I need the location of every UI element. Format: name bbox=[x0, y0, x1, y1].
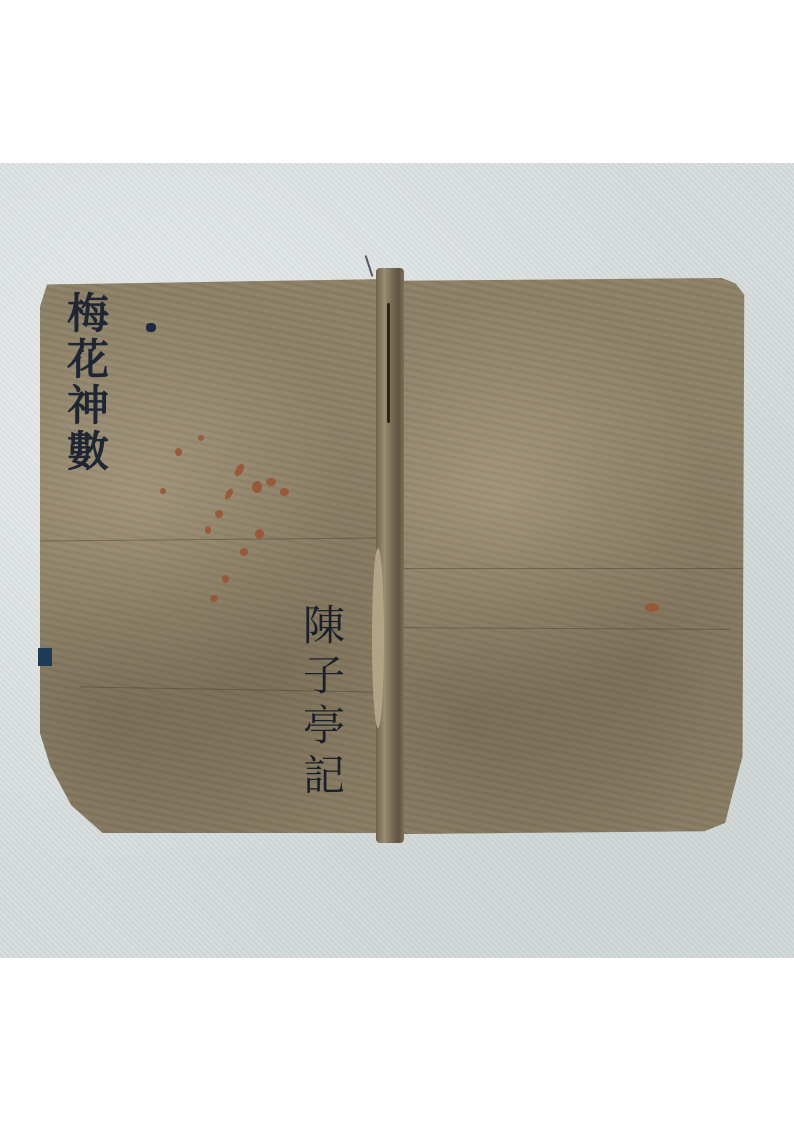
crease-line bbox=[400, 627, 730, 630]
stain-spot bbox=[240, 548, 248, 556]
author-inscription: 陳子亭記 bbox=[290, 603, 346, 803]
ink-spot bbox=[146, 323, 156, 332]
crease-line bbox=[40, 538, 380, 542]
spine-tear bbox=[387, 303, 390, 423]
stain-spot bbox=[252, 481, 262, 493]
stain-spot bbox=[266, 478, 276, 486]
stain-spot bbox=[222, 575, 229, 583]
stain-spot bbox=[160, 488, 166, 494]
book-title: 梅花神數 bbox=[48, 291, 108, 475]
stain-spot bbox=[280, 488, 289, 496]
stain-spot bbox=[210, 595, 218, 602]
stain-spot bbox=[645, 603, 659, 612]
book-photograph: 梅花神數 陳子亭記 bbox=[0, 163, 794, 958]
back-cover bbox=[400, 278, 746, 834]
binding-thread bbox=[365, 255, 374, 277]
stain-spot bbox=[175, 448, 182, 456]
crease-line bbox=[400, 568, 746, 569]
stain-spot bbox=[255, 529, 264, 539]
blue-mark bbox=[38, 648, 52, 666]
spine-flap bbox=[372, 548, 384, 728]
stain-spot bbox=[198, 435, 204, 441]
stain-spot bbox=[215, 510, 223, 518]
stain-spot bbox=[205, 526, 211, 534]
